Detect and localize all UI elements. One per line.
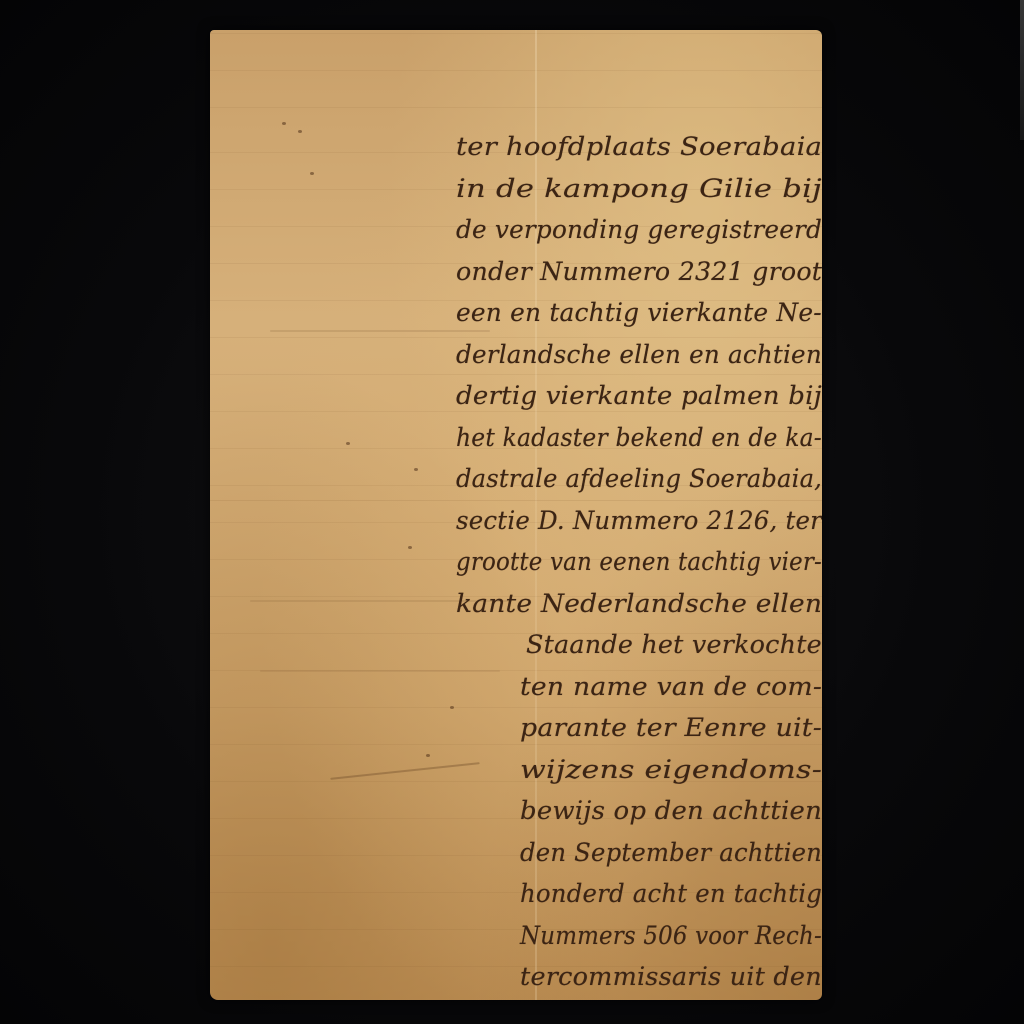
- handwritten-line: den September achttien: [456, 832, 822, 874]
- handwritten-line-paragraph-start: Staande het verkochte: [456, 624, 822, 666]
- ink-bleed-mark: [414, 468, 418, 471]
- handwritten-line: ter hoofdplaats Soerabaia: [456, 126, 822, 168]
- ink-bleed-mark: [408, 546, 412, 549]
- ink-bleed-mark: [450, 706, 454, 709]
- handwritten-line: onder Nummero 2321 groot: [456, 251, 822, 293]
- ink-bleed-mark: [426, 754, 430, 757]
- handwritten-line: kante Nederlandsche ellen: [456, 583, 822, 625]
- ink-bleed-mark: [346, 442, 350, 445]
- handwritten-line: wijzens eigendoms-: [456, 749, 822, 791]
- handwritten-line: honderd acht en tachtig: [456, 873, 822, 915]
- handwritten-text-block: ter hoofdplaats Soerabaia in de kampong …: [456, 126, 822, 998]
- handwritten-line: parante ter Eenre uit-: [456, 707, 822, 749]
- handwritten-line: grootte van eenen tachtig vier-: [456, 541, 822, 583]
- handwritten-line: tercommissaris uit den: [456, 956, 822, 998]
- handwritten-line: een en tachtig vierkante Ne-: [456, 292, 822, 334]
- handwritten-line: sectie D. Nummero 2126, ter: [456, 500, 822, 542]
- handwritten-line: ten name van de com-: [456, 666, 822, 708]
- ink-bleed-mark: [310, 172, 314, 175]
- ink-bleed-mark: [282, 122, 286, 125]
- handwritten-line: in de kampong Gilie bij: [456, 168, 822, 210]
- handwritten-line: bewijs op den achttien: [456, 790, 822, 832]
- document-page: ter hoofdplaats Soerabaia in de kampong …: [210, 30, 822, 1000]
- handwritten-line: dertig vierkante palmen bij: [456, 375, 822, 417]
- background-edge-glint: [1020, 0, 1024, 140]
- photo-scene: ter hoofdplaats Soerabaia in de kampong …: [0, 0, 1024, 1024]
- handwritten-line: derlandsche ellen en achtien: [456, 334, 822, 376]
- ink-bleed-mark: [298, 130, 302, 133]
- handwritten-line: Nummers 506 voor Rech-: [456, 915, 822, 957]
- handwritten-line: het kadaster bekend en de ka-: [456, 417, 822, 459]
- handwritten-line: de verponding geregistreerd: [456, 209, 822, 251]
- handwritten-line: dastrale afdeeling Soerabaia,: [456, 458, 822, 500]
